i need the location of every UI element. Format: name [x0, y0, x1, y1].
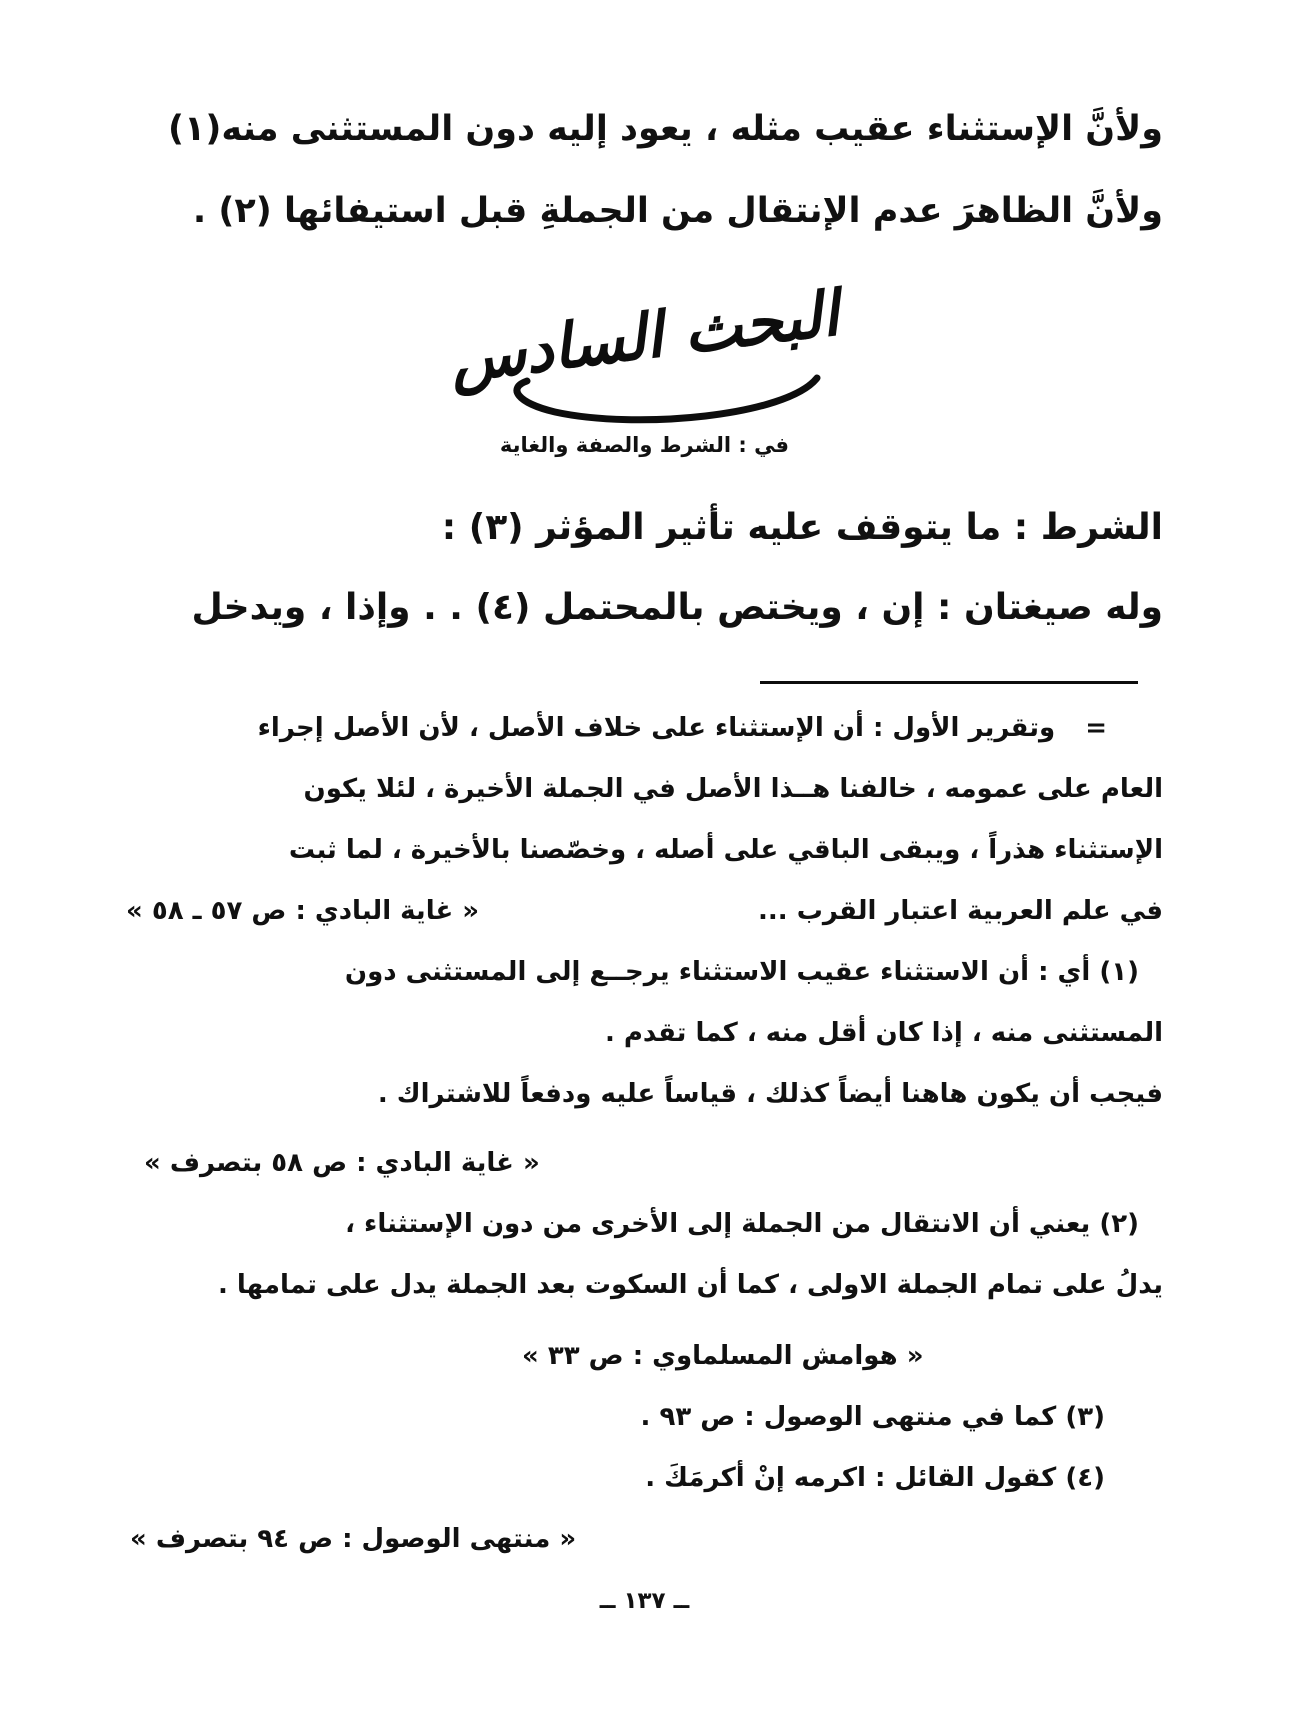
- footnote-citation: « منتهى الوصول : ص ٩٤ بتصرف »: [126, 1509, 1163, 1570]
- footnote-line: (٣) كما في منتهى الوصول : ص ٩٣ .: [126, 1387, 1163, 1448]
- footnote-line: يدلُ على تمام الجملة الاولى ، كما أن الس…: [126, 1255, 1163, 1316]
- intro-line: ولأنَّ الإستثناء عقيب مثله ، يعود إليه د…: [126, 88, 1163, 170]
- footnote-text: وتقرير الأول : أن الإستثناء على خلاف الأ…: [258, 698, 1056, 759]
- footnote-line: = وتقرير الأول : أن الإستثناء على خلاف ا…: [126, 698, 1163, 759]
- footnote-line: الإستثناء هذراً ، ويبقى الباقي على أصله …: [126, 820, 1163, 881]
- body-paragraph: الشرط : ما يتوقف عليه تأثير المؤثر (٣) :…: [126, 488, 1163, 648]
- footnote-continuation-marker: =: [1085, 698, 1107, 759]
- page-content: ولأنَّ الإستثناء عقيب مثله ، يعود إليه د…: [0, 0, 1296, 1614]
- footnote-line: (٤) كقول القائل : اكرمه إنْ أكرمَكَ .: [126, 1448, 1163, 1509]
- section-subtitle: في : الشرط والصفة والغاية: [126, 430, 1163, 460]
- footnote-line: المستثنى منه ، إذا كان أقل منه ، كما تقد…: [126, 1003, 1163, 1064]
- intro-paragraph: ولأنَّ الإستثناء عقيب مثله ، يعود إليه د…: [126, 0, 1163, 252]
- page-number: ــ ١٣٧ ــ: [126, 1588, 1163, 1614]
- footnote-line: العام على عمومه ، خالفنا هــذا الأصل في …: [126, 759, 1163, 820]
- footnote-line: (٢) يعني أن الانتقال من الجملة إلى الأخر…: [126, 1194, 1163, 1255]
- footnote-separator: [760, 681, 1138, 684]
- intro-line: ولأنَّ الظاهرَ عدم الإنتقال من الجملةِ ق…: [126, 170, 1163, 252]
- footnote-line: في علم العربية اعتبار القرب ... « غاية ا…: [126, 881, 1163, 942]
- section-title-calligraphy: البحث السادس: [126, 266, 1163, 428]
- footnote-citation: « غاية البادي : ص ٥٨ بتصرف »: [126, 1133, 1163, 1194]
- calligraphy-art: البحث السادس: [365, 266, 925, 428]
- footnote-citation: « هوامش المسلماوي : ص ٣٣ »: [126, 1326, 1163, 1387]
- footnote-text: في علم العربية اعتبار القرب ...: [758, 881, 1163, 942]
- footnote-line: فيجب أن يكون هاهنا أيضاً كذلك ، قياساً ع…: [126, 1064, 1163, 1125]
- footnote-citation: « غاية البادي : ص ٥٧ ـ ٥٨ »: [126, 881, 479, 942]
- calligraphy-title-text: البحث السادس: [444, 276, 850, 399]
- footnotes-block: = وتقرير الأول : أن الإستثناء على خلاف ا…: [126, 698, 1163, 1570]
- body-line: وله صيغتان : إن ، ويختص بالمحتمل (٤) . .…: [126, 568, 1163, 648]
- calligraphy-swash: [516, 378, 816, 420]
- footnote-line: (١) أي : أن الاستثناء عقيب الاستثناء يرج…: [126, 942, 1163, 1003]
- book-page: ولأنَّ الإستثناء عقيب مثله ، يعود إليه د…: [0, 0, 1296, 1731]
- body-line: الشرط : ما يتوقف عليه تأثير المؤثر (٣) :: [126, 488, 1163, 568]
